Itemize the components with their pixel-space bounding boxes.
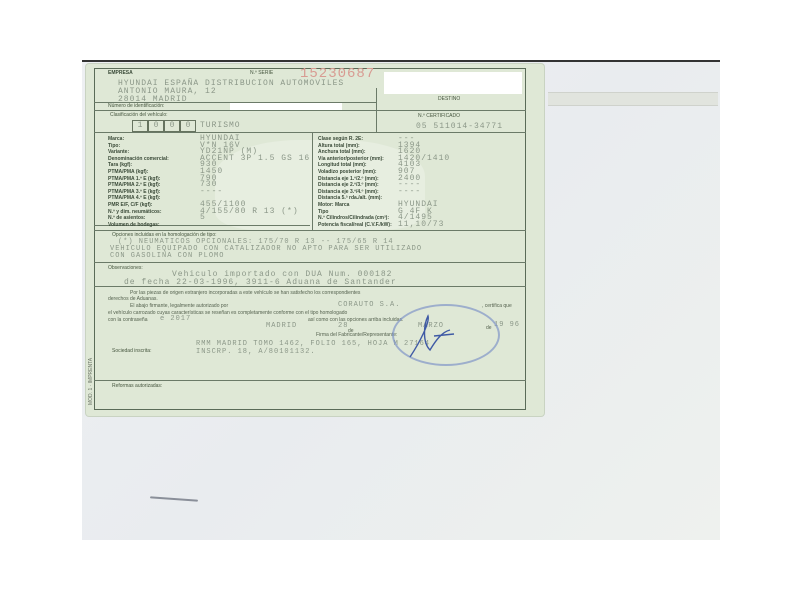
clasificacion-label: Clasificación del vehículo: [110,112,168,118]
cert-day: 28 [338,322,348,330]
field-label: N.º de asientos: [108,215,145,221]
field-label: Altura total (mm): [318,143,360,149]
field-label: PTMA/PMA (kgf): [108,169,148,175]
class-code-box: 0 [180,120,196,132]
cert-contrasena: e 2017 [160,315,191,323]
class-code-box: 0 [148,120,164,132]
cert-city: MADRID [266,322,297,330]
field-label: Marca: [108,136,124,142]
field-label: Anchura total (mm): [318,149,366,155]
class-code-box: 1 [132,120,148,132]
observaciones-label: Observaciones: [108,265,143,271]
serial-label: N.º SERIE [250,70,273,76]
field-value: 4/155/80 R 13 (*) [200,207,299,216]
field-label: Variante: [108,149,129,155]
cert-paragraph-4b: así como con las opciones arriba incluid… [308,317,403,323]
cert-paragraph-1: Por las piezas de origen extranjero inco… [130,290,360,296]
field-label: PTMA/PMA 1.º E (kgf): [108,176,160,182]
cert-paragraph-4: con la contraseña [108,317,147,323]
sociedad-line-2: INSCRP. 18, A/80101132. [196,348,316,356]
observaciones-line-2: de fecha 22-03-1996, 3911-6 Aduana de Sa… [124,278,397,287]
field-value: 5 [200,213,206,222]
field-label: Tipo [318,209,328,215]
field-label: Voladizo posterior (mm): [318,169,377,175]
cert-paragraph-2a: El abajo firmante, legalmente autorizado… [130,303,228,309]
certificado-label: N.º CERTIFICADO [418,113,460,119]
empresa-label: EMPRESA [108,70,133,76]
field-label: Clase según R. 2E: [318,136,363,142]
cert-paragraph-3: el vehículo carrozado cuyas característi… [108,310,347,316]
field-label: Tipo: [108,143,120,149]
cert-company: CORAUTO S.A. [338,301,400,309]
field-label: PTMA/PMA 4.º E (kgf): [108,195,160,201]
field-label: Distancia eje 1.º/2.º (mm): [318,176,379,182]
field-label: Denominación comercial: [108,156,169,162]
scanner-strip [548,92,718,106]
field-label: Distancia eje 2.º/3.º (mm): [318,182,379,188]
field-value: ---- [200,187,223,196]
identificacion-label: Número de identificación: [108,103,164,109]
field-label: Longitud total (mm): [318,162,367,168]
cert-paragraph-1b: derechos de Aduanas. [108,296,158,302]
field-value: ---- [398,187,421,196]
redacted-area [384,72,522,94]
field-label: Tara (kgf): [108,162,132,168]
class-code-box: 0 [164,120,180,132]
vehicle-type: TURISMO [200,121,241,130]
signature [400,312,460,362]
field-label: Distancia eje 3.º/4.º (mm): [318,189,379,195]
field-label: N.º y dim. neumáticos: [108,209,162,215]
field-label: Vía anterior/posterior (mm): [318,156,384,162]
reformas-label: Reformas autorizadas: [112,383,162,389]
field-label: Volumen de bodegas: [108,222,160,228]
field-label: Motor: Marca [318,202,349,208]
field-label: PMR E/F, C/F (kgf): [108,202,152,208]
sociedad-label: Sociedad inscrita: [112,348,151,354]
redacted-id [230,103,342,110]
firma-label: Firma del Fabricante/Representante: [316,332,397,338]
field-label: Potencia fiscal/real (C.V.F./kW): [318,222,392,228]
cert-paragraph-2b: , certifica que [482,303,512,309]
field-value: 11,10/73 [398,220,444,229]
certificado-number: 05 511014-34771 [416,122,503,131]
field-label: PTMA/PMA 2.º E (kgf): [108,182,160,188]
opciones-line-3: CON GASOLINA CON PLOMO [110,252,224,260]
field-label: Distancia 5.ª rda./alt. (mm): [318,195,382,201]
field-label: PTMA/PMA 3.º E (kgf): [108,189,160,195]
destino-label: DESTINO [438,96,460,102]
field-label: N.º Cilindros/Cilindrada (cm³): [318,215,389,221]
